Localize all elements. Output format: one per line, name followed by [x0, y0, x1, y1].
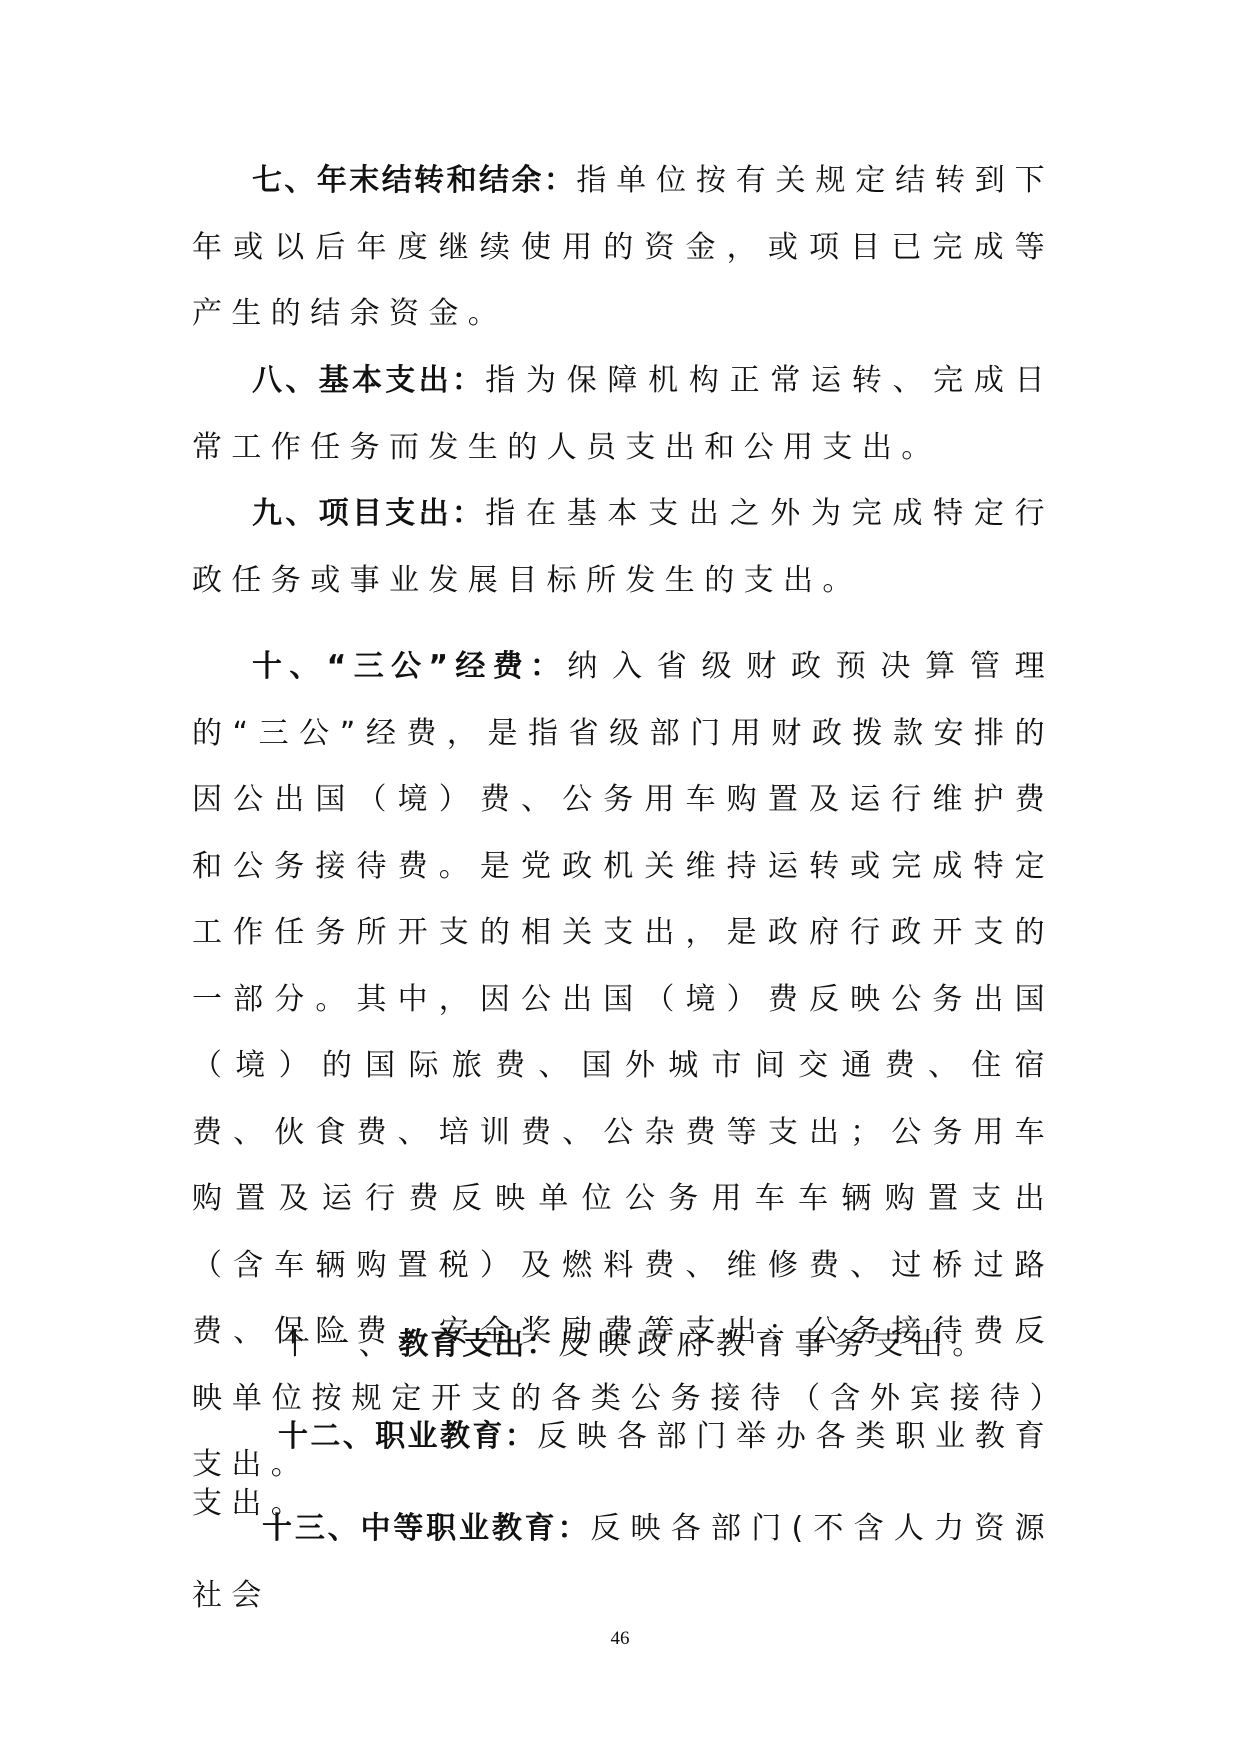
- paragraph: 八、基本支出：指为保障机构正常运转、完成日常工作任务而发生的人员支出和公用支出。: [192, 348, 1054, 481]
- term-heading: 教育支出：: [398, 1327, 558, 1362]
- term-heading: 十、“三公”经费：: [252, 649, 567, 684]
- section-year-end-carryover: 七、年末结转和结余：指单位按有关规定结转到下年或以后年度继续使用的资金，或项目已…: [192, 148, 1054, 348]
- term-heading: 七、年末结转和结余：: [252, 163, 576, 198]
- section-secondary-vocational-education: 十三、中等职业教育：反映各部门(不含人力资源社会: [192, 1496, 1054, 1629]
- term-number: 十一、: [280, 1327, 398, 1362]
- term-heading: 九、项目支出：: [252, 496, 485, 531]
- term-definition: 反映政府教育事务支出。: [558, 1327, 991, 1362]
- paragraph: 十三、中等职业教育：反映各部门(不含人力资源社会: [192, 1496, 1054, 1629]
- document-page: 七、年末结转和结余：指单位按有关规定结转到下年或以后年度继续使用的资金，或项目已…: [0, 0, 1240, 1754]
- section-education-expenditure: 十一、教育支出：反映政府教育事务支出。: [192, 1312, 1054, 1379]
- term-heading: 十三、中等职业教育：: [262, 1511, 590, 1546]
- term-heading: 八、基本支出：: [252, 363, 485, 398]
- paragraph: 十一、教育支出：反映政府教育事务支出。: [192, 1312, 1054, 1379]
- term-heading: 十二、职业教育：: [278, 1419, 537, 1454]
- paragraph: 七、年末结转和结余：指单位按有关规定结转到下年或以后年度继续使用的资金，或项目已…: [192, 148, 1054, 348]
- paragraph: 九、项目支出：指在基本支出之外为完成特定行政任务或事业发展目标所发生的支出。: [192, 481, 1054, 614]
- section-basic-expenditure: 八、基本支出：指为保障机构正常运转、完成日常工作任务而发生的人员支出和公用支出。: [192, 348, 1054, 481]
- page-number: 46: [0, 1628, 1240, 1650]
- section-project-expenditure: 九、项目支出：指在基本支出之外为完成特定行政任务或事业发展目标所发生的支出。: [192, 481, 1054, 614]
